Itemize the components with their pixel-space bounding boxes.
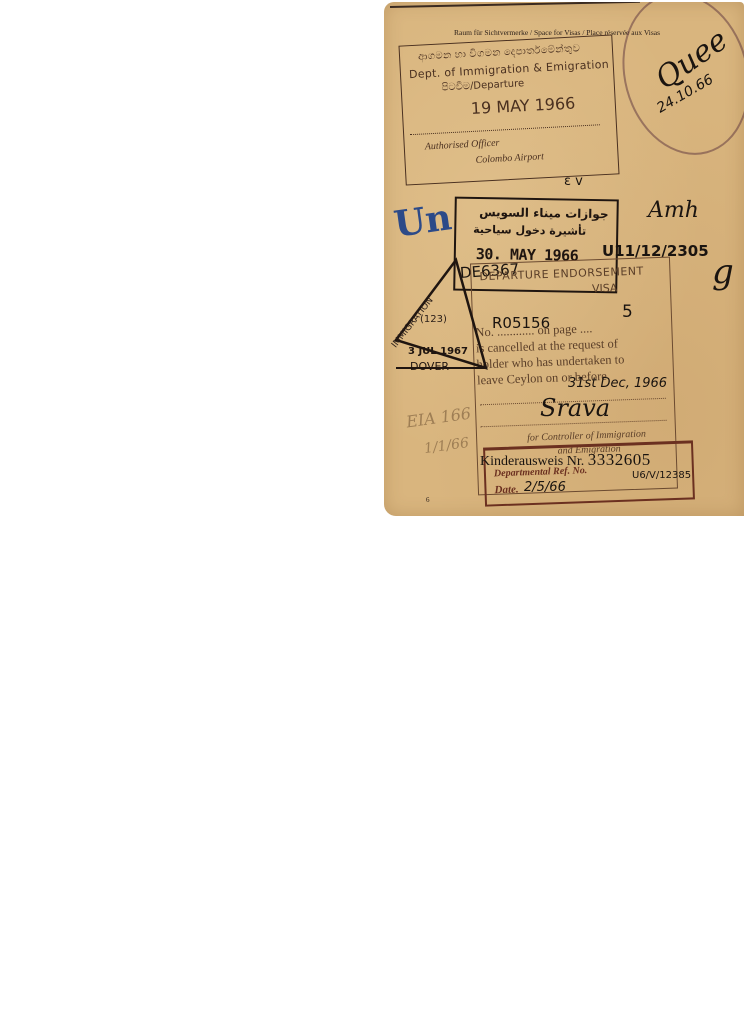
page-number: 6 (426, 496, 430, 504)
date-label: Date. (494, 483, 519, 496)
controller-line: for Controller of Immigration (527, 429, 646, 444)
stamp-date: 19 MAY 1966 (470, 94, 575, 118)
departure-line: පිටවීම/Departure (441, 78, 524, 93)
visa-label: VISA (592, 281, 618, 295)
page-edge (390, 2, 640, 8)
kinderausweis-label: Kinderausweis (480, 454, 563, 469)
handwritten-dept-ref: U6/V/12385 (632, 470, 691, 481)
handwritten-dept-date: 2/5/66 (524, 480, 566, 495)
blue-partial-stamp: Un (391, 196, 454, 246)
arabic-line: جوازات ميناء السويس (479, 205, 609, 221)
sri-lanka-departure-stamp: ආගමන හා විගමන දෙපාර්තමේන්තුව Dept. of Im… (398, 34, 619, 185)
passport-page: Raum für Sichtvermerke / Space for Visas… (384, 2, 744, 516)
pencil-note: EIA 166 (405, 404, 472, 432)
footer-line: Authorised Officer (425, 138, 500, 153)
handwritten-leave-date: 31st Dec, 1966 (568, 376, 667, 391)
dotted-line (410, 124, 600, 135)
dover-place: DOVER (410, 360, 449, 373)
signature: Srava (540, 394, 610, 422)
dover-date: 3 JUL 1967 (408, 346, 468, 357)
kinderausweis-value: 3332605 (588, 450, 651, 469)
handwritten-page-ref: 5 (622, 302, 633, 322)
footer-line: Colombo Airport (475, 151, 544, 166)
dover-line: (123) (420, 314, 447, 325)
signature: Amh (648, 198, 699, 223)
handwritten-visa-number: R05156 (492, 314, 550, 332)
arabic-line: تأشيرة دخول سياحية (473, 223, 586, 238)
signature: g (712, 252, 734, 292)
pencil-note: 1/1/66 (423, 435, 470, 457)
kinderausweis-number: Kinderausweis Nr. 3332605 (480, 450, 651, 470)
handwritten-note: ε v (564, 174, 583, 189)
number-label: Nr. (567, 454, 585, 469)
endorsement-title: DEPARTURE ENDORSEMENT (479, 265, 644, 284)
